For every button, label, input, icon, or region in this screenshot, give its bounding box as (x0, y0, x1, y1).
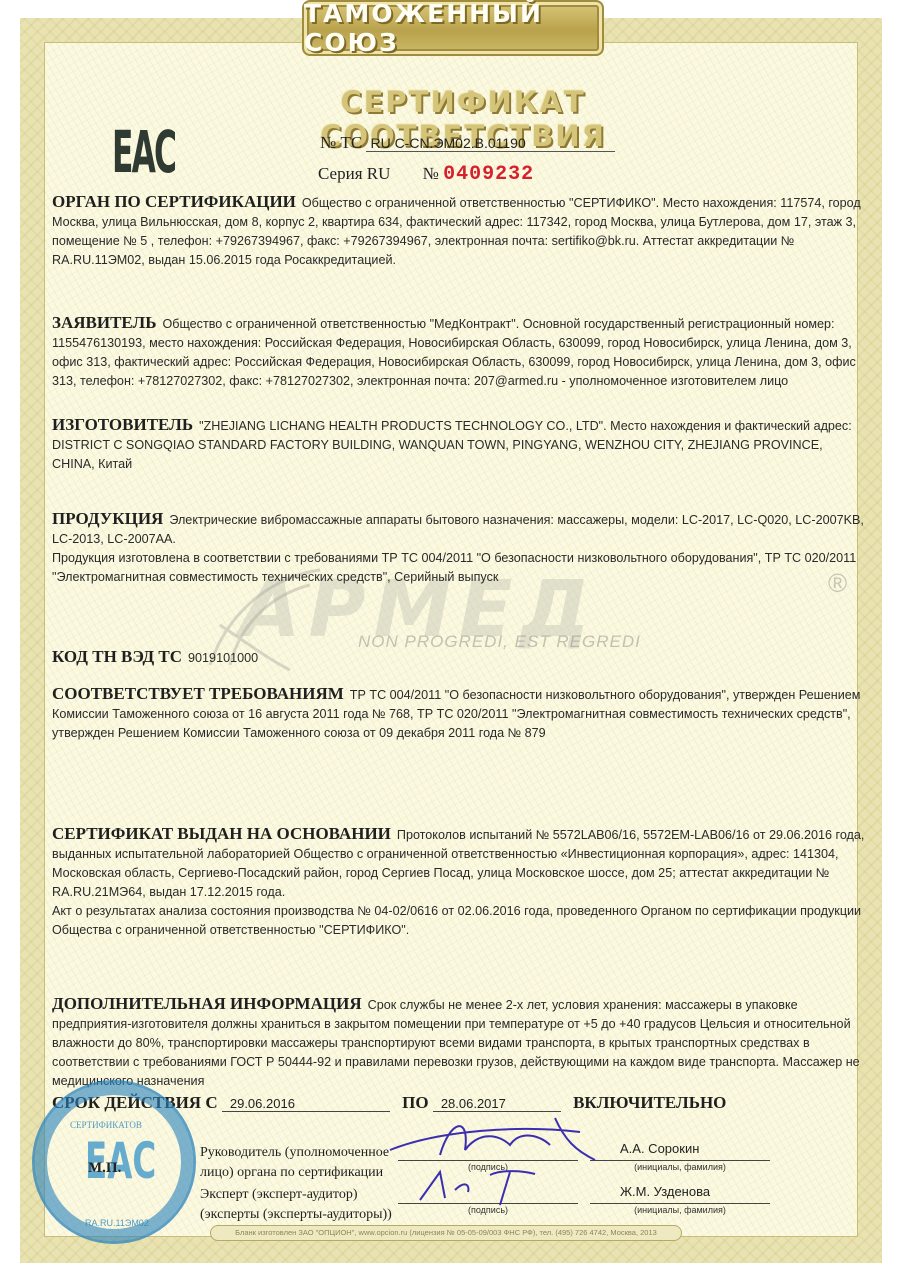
additional-heading: ДОПОЛНИТЕЛЬНАЯ ИНФОРМАЦИЯ (52, 994, 362, 1013)
applicant-text: Общество с ограниченной ответственностью… (52, 317, 856, 388)
section-additional-info: ДОПОЛНИТЕЛЬНАЯ ИНФОРМАЦИЯСрок службы не … (52, 994, 867, 1091)
basis-text-2: Акт о результатах анализа состояния прои… (52, 902, 867, 940)
head-label-line-2: лицо) органа по сертификации (200, 1163, 389, 1183)
expert-name-caption: (инициалы, фамилия) (590, 1205, 770, 1215)
expert-signature-icon (410, 1160, 570, 1210)
certification-body-heading: ОРГАН ПО СЕРТИФИКАЦИИ (52, 192, 296, 211)
section-hs-code: КОД ТН ВЭД ТС9019101000 (52, 647, 867, 668)
section-basis: СЕРТИФИКАТ ВЫДАН НА ОСНОВАНИИПротоколов … (52, 824, 867, 940)
section-applicant: ЗАЯВИТЕЛЬОбщество с ограниченной ответст… (52, 313, 867, 391)
expert-label-line-2: (эксперты (эксперты-аудиторы)) (200, 1205, 392, 1225)
stamp-registration: RA.RU.11ЭМ02 (85, 1218, 149, 1228)
customs-union-banner: ТАМОЖЕННЫЙ СОЮЗ (302, 0, 604, 56)
eac-mark-icon: EAC (112, 118, 175, 186)
series-row: Серия RU № 0409232 (318, 163, 534, 186)
stamp-text: СЕРТИФИКАТОВ (70, 1120, 142, 1130)
series-number: 0409232 (443, 163, 534, 186)
product-text-2: Продукция изготовлена в соответствии с т… (52, 549, 867, 587)
expert-name: Ж.М. Узденова (620, 1184, 710, 1199)
tc-label: № ТС (320, 133, 362, 152)
expert-label-line-1: Эксперт (эксперт-аудитор) (200, 1185, 392, 1205)
printer-footer: Бланк изготовлен ЗАО "ОПЦИОН", www.opcio… (210, 1225, 682, 1241)
section-manufacturer: ИЗГОТОВИТЕЛЬ"ZHEJIANG LICHANG HEALTH PRO… (52, 415, 867, 474)
product-text: Электрические вибромассажные аппараты бы… (52, 513, 864, 546)
section-conformity: СООТВЕТСТВУЕТ ТРЕБОВАНИЯМТР ТС 004/2011 … (52, 684, 867, 743)
expert-label: Эксперт (эксперт-аудитор) (эксперты (экс… (200, 1185, 392, 1225)
number-label: № (423, 164, 439, 183)
expert-name-line (590, 1203, 770, 1204)
applicant-heading: ЗАЯВИТЕЛЬ (52, 313, 156, 332)
head-name: А.А. Сорокин (620, 1141, 699, 1156)
tc-number-row: № ТС RU C-CN.ЭМ02.B.01190 (320, 133, 615, 153)
basis-heading: СЕРТИФИКАТ ВЫДАН НА ОСНОВАНИИ (52, 824, 391, 843)
section-certification-body: ОРГАН ПО СЕРТИФИКАЦИИОбщество с ограниче… (52, 192, 867, 270)
manufacturer-heading: ИЗГОТОВИТЕЛЬ (52, 415, 193, 434)
product-heading: ПРОДУКЦИЯ (52, 509, 163, 528)
hs-code-heading: КОД ТН ВЭД ТС (52, 647, 182, 666)
head-label: Руководитель (уполномоченное лицо) орган… (200, 1143, 389, 1183)
stamp-place-label: М.П. (88, 1160, 121, 1177)
section-product: ПРОДУКЦИЯЭлектрические вибромассажные ап… (52, 509, 867, 587)
validity-date-from: 29.06.2016 (222, 1096, 390, 1112)
conformity-heading: СООТВЕТСТВУЕТ ТРЕБОВАНИЯМ (52, 684, 344, 703)
series-label: Серия RU (318, 164, 390, 183)
tc-number: RU C-CN.ЭМ02.B.01190 (366, 135, 615, 152)
hs-code-value: 9019101000 (188, 651, 258, 665)
head-label-line-1: Руководитель (уполномоченное (200, 1143, 389, 1163)
